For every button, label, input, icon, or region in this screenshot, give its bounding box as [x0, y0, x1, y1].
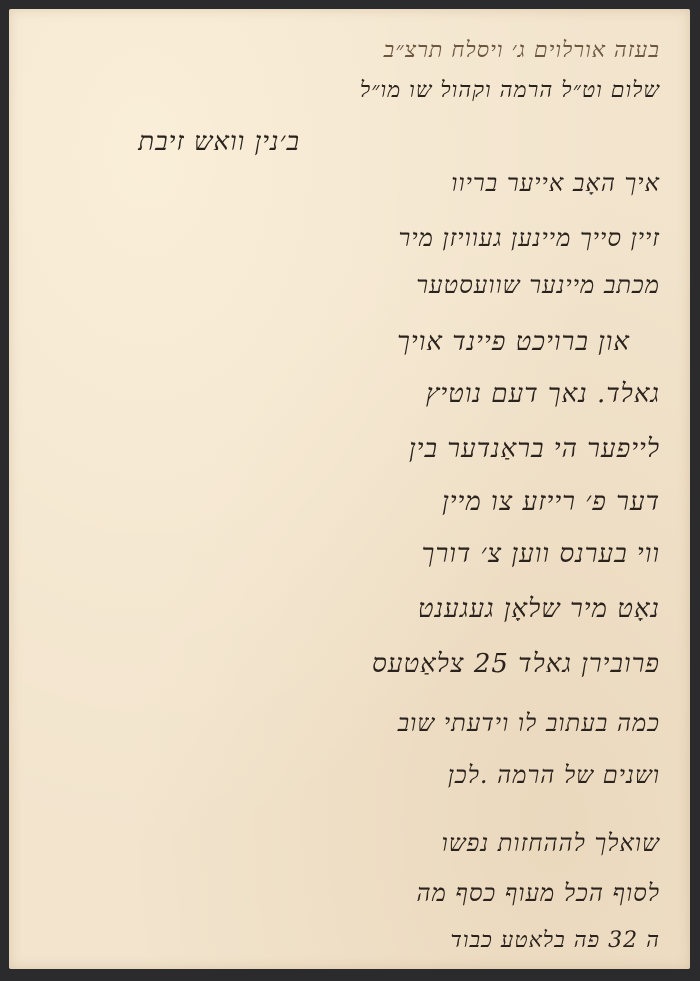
postcard: בעזה אורלוים ג׳ ויסלח תרצ״בשלום וט״ל הרמ…: [9, 9, 690, 969]
handwritten-line: זיין סייך מיינען געוויזן מיר: [399, 224, 660, 253]
handwritten-line: שלום וט״ל הרמה וקהול שו מו״ל: [360, 77, 660, 103]
handwritten-line: נאָט מיר שלאָן געגענט: [418, 594, 660, 624]
handwritten-line: גאלד. נאך דעם נוטיץ: [426, 379, 660, 409]
handwritten-line: לסוף הכל מעוף כסף מה: [417, 879, 660, 908]
handwritten-line: ה 32 פה בלאטע כבוד: [451, 927, 660, 953]
handwritten-line: און ברויכט פיינד אויך: [397, 327, 630, 357]
handwritten-line: לייפער הי בראַנדער בין: [409, 434, 660, 464]
handwritten-line: ושנים של הרמה .לכן: [448, 761, 660, 790]
handwritten-line: דער פ׳ רייזע צו מיין: [442, 487, 660, 517]
handwritten-line: שואלך לההחזות נפשו: [442, 829, 660, 858]
handwritten-line: ב׳נין וואש זיבת: [138, 127, 300, 157]
handwritten-line: כמה בעתוב לו וידעתי שוב: [398, 709, 660, 738]
handwritten-line: פרובירן גאלד 25 צלאַטעס: [372, 649, 660, 679]
handwritten-line: בעזה אורלוים ג׳ ויסלח תרצ״ב: [384, 37, 660, 63]
handwritten-line: מכתב מיינער שוועסטער: [416, 271, 660, 300]
handwritten-line: ווי בערנס ווען צ׳ דורך: [422, 539, 660, 569]
handwritten-line: איך האָב אייער בריוו: [451, 169, 660, 198]
